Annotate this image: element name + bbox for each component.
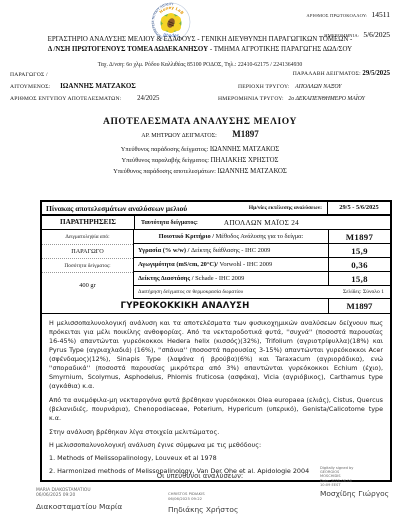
criteria-header-rest: Μέθοδος Ανάλυσης για το δείγμα: <box>216 233 304 240</box>
registry-label: ΑΡ. ΜΗΤΡΩΟΥ ΔΕΙΓΜΑΤΟΣ: <box>141 133 217 139</box>
table-header-row: Πίνακας αποτελεσμάτων αναλύσεων μελιού Η… <box>42 202 390 216</box>
signer-1: MARIA DIAKOSTAMATIOU 06/06/2025 09:20 Δι… <box>36 488 122 511</box>
conductivity-value: 0,36 <box>328 258 390 271</box>
pages-value: Σύνολο 1 <box>363 289 384 295</box>
form-number-label: ΑΡΙΘΜΟΣ ΕΝΤΥΠΟΥ ΑΠΟΤΕΛΕΣΜΑΤΩΝ: <box>10 96 122 102</box>
table-body: Δειγματοληψία από: ΠΑΡΑΓΩΓΟ Ποσότητα δεί… <box>42 230 390 299</box>
pollen-analysis-text: Η μελισσοπαλυνολογική ανάλυση και τα απο… <box>42 314 390 480</box>
signature-3-line2: Date: 2025-06-06 10:09 EEST <box>320 479 354 487</box>
signature-1-line2: 06/06/2025 09:20 <box>36 493 122 498</box>
moisture-value: 15,9 <box>328 244 390 257</box>
registry-value: Μ1897 <box>232 129 259 139</box>
pollen-analysis-title: ΓΥΡΕΟΚΟΚΚΙΚΗ ΑΝΑΛΥΣΗ <box>42 299 328 313</box>
harvest-date-value: 2ο ΔΕΚΑΠΕΝΘΗΜΕΡΟ ΜΑΪΟΥ <box>288 96 364 102</box>
analysis-paragraph-4: Η μελισσοπαλυνολογική ανάλυση έγινε σύμφ… <box>49 441 383 450</box>
storage-note: Διατήρηση δείγματος σε θερμοκρασία δωματ… <box>134 289 343 295</box>
pollen-sample-code: Μ1897 <box>328 299 390 313</box>
signature-3-line1: Digitally signed by GEORGIOS MOSCHIDIS <box>320 466 354 479</box>
analysis-paragraph-3: Στην ανάλυση βρέθηκαν λίγα στοιχεία μελι… <box>49 428 383 437</box>
signature-2-line2: 06/06/2025 09:22 <box>168 496 238 501</box>
signer-3-name: Μοσχίδης Γιώργος <box>320 489 389 498</box>
harvest-region: ΠΕΡΙΟΧΗ ΤΡΥΓΟΥ: ΑΠΟΛΛΩΝ ΝΑΞΟΥ <box>238 83 342 90</box>
form-number-value: 24/2025 <box>137 95 159 102</box>
signer-2: CHRISTOS PIDIAKIS 06/06/2025 09:22 Πηδιά… <box>168 491 238 514</box>
results-table: Πίνακας αποτελεσμάτων αναλύσεων μελιού Η… <box>40 200 392 482</box>
signer-1-name: Διακοσταματίου Μαρία <box>36 502 122 511</box>
receipt-value: 29/5/2025 <box>362 70 390 77</box>
harvest-date-label: ΗΜΕΡΟΜΗΝΙΑ ΤΡΥΓΟΥ: <box>218 96 284 102</box>
region-label: ΠΕΡΙΟΧΗ ΤΡΥΓΟΥ: <box>238 84 290 90</box>
sample-identity-value: ΑΠΟΛΛΩΝ ΜΑΪΟΣ 24 <box>224 219 299 227</box>
region-value: ΑΠΟΛΛΩΝ ΝΑΞΟΥ <box>295 84 341 90</box>
analysis-method-1: 1. Methods of Melissopalinology, Louveux… <box>49 454 383 463</box>
table-title: Πίνακας αποτελεσμάτων αναλύσεων μελιού <box>42 204 249 213</box>
analysis-paragraph-1: Η μελισσοπαλυνολογική ανάλυση και τα απο… <box>49 319 383 391</box>
honey-analysis-report: ΠΕΡΙΦΕΡΕΙΑ ΝΟΤΙΟΥ ΑΙΓΑΙΟΥ Honey LaB Rhod… <box>0 0 400 516</box>
org-department: - ΤΜΗΜΑ ΑΓΡΟΤΙΚΗΣ ΠΑΡΑΓΩΓΗΣ ΔΩΔ/ΣΟΥ <box>208 46 352 53</box>
responsible-delivery-sample: Υπεύθυνος παράδοσης δείγματος: ΙΩΑΝΝΗΣ Μ… <box>0 146 400 153</box>
sample-registry: ΑΡ. ΜΗΤΡΩΟΥ ΔΕΙΓΜΑΤΟΣ: Μ1897 <box>0 129 400 139</box>
org-division: Δ /ΝΣΗ ΠΡΩΤΟΓΕΝΟΥΣ ΤΟΜΕΑ ΔΩΔΕΚΑΝΗΣΟΥ <box>48 46 208 53</box>
signer-2-name: Πηδιάκης Χρήστος <box>168 505 238 514</box>
producer-label: ΠΑΡΑΓΩΓΟΣ / <box>10 71 48 78</box>
protocol-number-value: 14511 <box>372 10 390 19</box>
applicant-label: ΑΙΤΟΥΜΕΝΟΣ: <box>10 84 51 90</box>
sampling-label: Δειγματοληψία από: <box>42 230 133 244</box>
analysis-paragraph-2: Από τα ανεμόφιλα-μη νεκταρογόνα φυτά βρέ… <box>49 396 383 423</box>
signer-3: Digitally signed by GEORGIOS MOSCHIDIS D… <box>320 466 389 498</box>
criteria-column: Ποιοτικό Κριτήριο / Μέθοδος Ανάλυσης για… <box>134 230 390 299</box>
sample-receipt: ΠΑΡΑΛΑΒΗ ΔΕΙΓΜΑΤΟΣ: 29/5/2025 <box>293 70 390 77</box>
page-title: ΑΠΟΤΕΛΕΣΜΑΤΑ ΑΝΑΛΥΣΗΣ ΜΕΛΙΟΥ <box>0 117 400 127</box>
sample-identity-label: Ταυτότητα δείγματος: <box>135 220 198 226</box>
applicant: ΑΙΤΟΥΜΕΝΟΣ: ΙΩΑΝΝΗΣ ΜΑΤΖΑΚΟΣ <box>10 82 136 90</box>
responsible-receipt-sample: Υπεύθυνος παραλαβής δείγματος: ΠΗΛΙΑΚΗΣ … <box>0 157 400 164</box>
conductivity-row: Αγωγιμότητα (mS/cm, 20°C)/ Vorwohl - IHC… <box>134 258 390 272</box>
sample-code-cell: Μ1897 <box>328 230 390 243</box>
responsible-delivery-results: Υπεύθυνος παράδοσης αποτελεσμάτων: ΙΩΑΝΝ… <box>0 168 400 175</box>
diastase-row: Δείκτης Διαστάσης / Schade - IHC 2009 15… <box>134 272 390 286</box>
analysis-dates-label: Ημ/νίες εκτέλεσης αναλύσεων: <box>249 205 327 211</box>
sampling-value: ΠΑΡΑΓΩΓΟ <box>42 244 133 258</box>
storage-row: Διατήρηση δείγματος σε θερμοκρασία δωματ… <box>134 286 390 299</box>
pages-label: Σελίδες: <box>343 289 362 295</box>
criteria-header-bold: Ποιοτικό Κριτήριο / <box>159 233 216 240</box>
org-title-line2: Δ /ΝΣΗ ΠΡΩΤΟΓΕΝΟΥΣ ΤΟΜΕΑ ΔΩΔΕΚΑΝΗΣΟΥ - Τ… <box>0 46 400 53</box>
sample-meta-column: Δειγματοληψία από: ΠΑΡΑΓΩΓΟ Ποσότητα δεί… <box>42 230 134 299</box>
observations-label: ΠΑΡΑΤΗΡΗΣΕΙΣ <box>42 216 135 229</box>
form-number: ΑΡΙΘΜΟΣ ΕΝΤΥΠΟΥ ΑΠΟΤΕΛΕΣΜΑΤΩΝ: 24/2025 <box>10 95 159 102</box>
org-title-line1: ΕΡΓΑΣΤΗΡΙΟ ΑΝΑΛΥΣΗΣ ΜΕΛΙΟΥ & ΕΔΑΦΟΥΣ - Γ… <box>0 36 400 43</box>
org-address: Ταχ. Δ/νση: 6ο χλμ. Ρόδου Καλλιθέας 8510… <box>0 62 400 68</box>
quantity-value: 400 gr <box>42 272 133 297</box>
observations-row: ΠΑΡΑΤΗΡΗΣΕΙΣ Ταυτότητα δείγματος: ΑΠΟΛΛΩ… <box>42 216 390 230</box>
protocol-number-label: ΑΡΙΘΜΟΣ ΠΡΩΤΟΚΟΛΛΟΥ: <box>306 13 367 18</box>
criteria-header-row: Ποιοτικό Κριτήριο / Μέθοδος Ανάλυσης για… <box>134 230 390 244</box>
harvest-date: ΗΜΕΡΟΜΗΝΙΑ ΤΡΥΓΟΥ: 2ο ΔΕΚΑΠΕΝΘΗΜΕΡΟ ΜΑΪΟ… <box>218 95 365 102</box>
pollen-analysis-row: ΓΥΡΕΟΚΟΚΚΙΚΗ ΑΝΑΛΥΣΗ Μ1897 <box>42 299 390 314</box>
quantity-label: Ποσότητα δείγματος: <box>42 258 133 272</box>
moisture-row: Υγρασία (% w/w) / Δείκτης διάθλασης - IH… <box>134 244 390 258</box>
applicant-value: ΙΩΑΝΝΗΣ ΜΑΤΖΑΚΟΣ <box>60 82 136 90</box>
analysis-dates-value: 29/5 - 5/6/2025 <box>327 202 390 214</box>
receipt-label: ΠΑΡΑΛΑΒΗ ΔΕΙΓΜΑΤΟΣ: <box>293 71 361 77</box>
diastase-value: 15,8 <box>328 272 390 285</box>
